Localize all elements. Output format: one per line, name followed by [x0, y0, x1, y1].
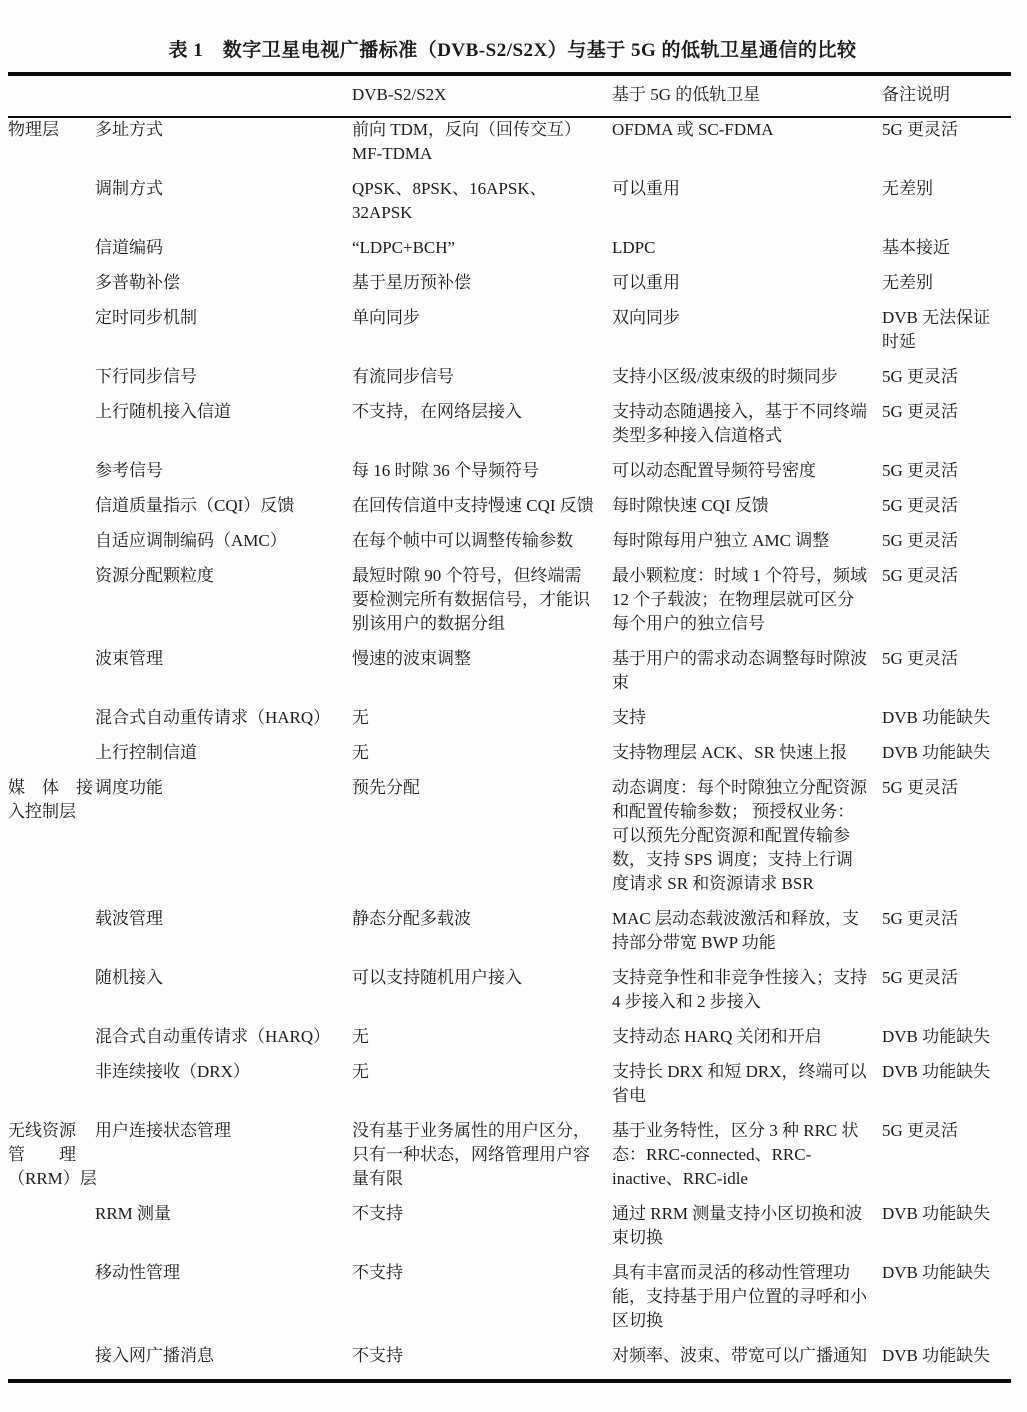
column-header-5g-leo: 基于 5G 的低轨卫星: [612, 83, 882, 107]
table-row: 载波管理静态分配多载波MAC 层动态载波激活和释放，支持部分带宽 BWP 功能5…: [8, 907, 1011, 966]
note-cell: DVB 无法保证时延: [882, 306, 1011, 354]
note-cell: 5G 更灵活: [882, 564, 1011, 588]
feature-cell: 信道编码: [95, 236, 352, 260]
note-cell: 5G 更灵活: [882, 776, 1011, 800]
feature-cell: 波束管理: [95, 647, 352, 671]
dvb-cell: 预先分配: [352, 776, 612, 800]
note-cell: 5G 更灵活: [882, 400, 1011, 424]
note-cell: 基本接近: [882, 236, 1011, 260]
leo5g-cell: 每时隙快速 CQI 反馈: [612, 494, 882, 518]
note-cell: 5G 更灵活: [882, 494, 1011, 518]
leo5g-cell: 支持: [612, 706, 882, 730]
leo5g-cell: 支持小区级/波束级的时频同步: [612, 365, 882, 389]
document-page: 表 1 数字卫星电视广播标准（DVB-S2/S2X）与基于 5G 的低轨卫星通信…: [0, 0, 1027, 1412]
dvb-cell: 最短时隙 90 个符号，但终端需要检测完所有数据信号，才能识别该用户的数据分组: [352, 564, 612, 636]
feature-cell: 上行随机接入信道: [95, 400, 352, 424]
leo5g-cell: OFDMA 或 SC-FDMA: [612, 118, 882, 142]
feature-cell: 混合式自动重传请求（HARQ）: [95, 706, 352, 730]
layer-label-line: 媒 体 接: [8, 776, 93, 800]
dvb-cell: 无: [352, 1025, 612, 1049]
leo5g-cell: 每时隙每用户独立 AMC 调整: [612, 529, 882, 553]
feature-cell: 混合式自动重传请求（HARQ）: [95, 1025, 352, 1049]
layer-label-line: 物理层: [8, 118, 93, 142]
note-cell: DVB 功能缺失: [882, 1344, 1011, 1368]
dvb-cell: 每 16 时隙 36 个导频符号: [352, 459, 612, 483]
feature-cell: 多址方式: [95, 118, 352, 142]
leo5g-cell: 支持动态 HARQ 关闭和开启: [612, 1025, 882, 1049]
table-row: 媒 体 接入控制层调度功能预先分配动态调度：每个时隙独立分配资源和配置传输参数；…: [8, 776, 1011, 907]
leo5g-cell: 可以重用: [612, 271, 882, 295]
table-row: 上行控制信道无支持物理层 ACK、SR 快速上报DVB 功能缺失: [8, 741, 1011, 776]
table-row: 信道编码“LDPC+BCH”LDPC基本接近: [8, 236, 1011, 271]
note-cell: 5G 更灵活: [882, 647, 1011, 671]
leo5g-cell: 最小颗粒度：时域 1 个符号，频域 12 个子载波；在物理层就可区分每个用户的独…: [612, 564, 882, 636]
leo5g-cell: 对频率、波束、带宽可以广播通知: [612, 1344, 882, 1368]
note-cell: 无差别: [882, 271, 1011, 295]
feature-cell: 随机接入: [95, 966, 352, 990]
dvb-cell: 在每个帧中可以调整传输参数: [352, 529, 612, 553]
leo5g-cell: 可以动态配置导频符号密度: [612, 459, 882, 483]
leo5g-cell: 双向同步: [612, 306, 882, 330]
note-cell: DVB 功能缺失: [882, 741, 1011, 765]
feature-cell: 资源分配颗粒度: [95, 564, 352, 588]
note-cell: 5G 更灵活: [882, 907, 1011, 931]
dvb-cell: 不支持，在网络层接入: [352, 400, 612, 424]
leo5g-cell: 支持长 DRX 和短 DRX，终端可以省电: [612, 1060, 882, 1108]
layer-cell: 媒 体 接入控制层: [8, 776, 95, 824]
table-row: 调制方式QPSK、8PSK、16APSK、32APSK可以重用无差别: [8, 177, 1011, 236]
feature-cell: 调制方式: [95, 177, 352, 201]
table-row: 信道质量指示（CQI）反馈在回传信道中支持慢速 CQI 反馈每时隙快速 CQI …: [8, 494, 1011, 529]
feature-cell: 参考信号: [95, 459, 352, 483]
feature-cell: 用户连接状态管理: [95, 1119, 352, 1143]
column-header-notes: 备注说明: [882, 83, 1011, 107]
layer-label-line: 入控制层: [8, 800, 93, 824]
table-row: 接入网广播消息不支持对频率、波束、带宽可以广播通知DVB 功能缺失: [8, 1344, 1011, 1379]
bottom-rule: [8, 1379, 1011, 1383]
table-row: 混合式自动重传请求（HARQ）无支持DVB 功能缺失: [8, 706, 1011, 741]
table-row: 物理层多址方式前向 TDM，反向（回传交互）MF-TDMAOFDMA 或 SC-…: [8, 118, 1011, 177]
leo5g-cell: 通过 RRM 测量支持小区切换和波束切换: [612, 1202, 882, 1250]
feature-cell: 非连续接收（DRX）: [95, 1060, 352, 1084]
dvb-cell: 无: [352, 706, 612, 730]
feature-cell: 定时同步机制: [95, 306, 352, 330]
table-row: 定时同步机制单向同步双向同步DVB 无法保证时延: [8, 306, 1011, 365]
dvb-cell: 前向 TDM，反向（回传交互）MF-TDMA: [352, 118, 612, 166]
dvb-cell: 静态分配多载波: [352, 907, 612, 931]
dvb-cell: 可以支持随机用户接入: [352, 966, 612, 990]
dvb-cell: QPSK、8PSK、16APSK、32APSK: [352, 177, 612, 225]
leo5g-cell: 支持物理层 ACK、SR 快速上报: [612, 741, 882, 765]
note-cell: 5G 更灵活: [882, 118, 1011, 142]
dvb-cell: “LDPC+BCH”: [352, 236, 612, 260]
layer-label-line: 无线资源: [8, 1119, 93, 1143]
dvb-cell: 无: [352, 741, 612, 765]
layer-cell: 无线资源管 理（RRM）层: [8, 1119, 95, 1191]
table-row: 波束管理慢速的波束调整基于用户的需求动态调整每时隙波束5G 更灵活: [8, 647, 1011, 706]
note-cell: 无差别: [882, 177, 1011, 201]
feature-cell: 下行同步信号: [95, 365, 352, 389]
dvb-cell: 基于星历预补偿: [352, 271, 612, 295]
table-row: 多普勒补偿基于星历预补偿可以重用无差别: [8, 271, 1011, 306]
note-cell: 5G 更灵活: [882, 529, 1011, 553]
dvb-cell: 慢速的波束调整: [352, 647, 612, 671]
table-body: 物理层多址方式前向 TDM，反向（回传交互）MF-TDMAOFDMA 或 SC-…: [8, 118, 1011, 1379]
leo5g-cell: MAC 层动态载波激活和释放，支持部分带宽 BWP 功能: [612, 907, 882, 955]
leo5g-cell: 可以重用: [612, 177, 882, 201]
note-cell: DVB 功能缺失: [882, 1025, 1011, 1049]
feature-cell: 移动性管理: [95, 1261, 352, 1285]
note-cell: 5G 更灵活: [882, 459, 1011, 483]
leo5g-cell: 基于用户的需求动态调整每时隙波束: [612, 647, 882, 695]
table-row: 资源分配颗粒度最短时隙 90 个符号，但终端需要检测完所有数据信号，才能识别该用…: [8, 564, 1011, 647]
leo5g-cell: 支持动态随遇接入，基于不同终端类型多种接入信道格式: [612, 400, 882, 448]
feature-cell: 接入网广播消息: [95, 1344, 352, 1368]
feature-cell: 上行控制信道: [95, 741, 352, 765]
dvb-cell: 不支持: [352, 1202, 612, 1226]
note-cell: DVB 功能缺失: [882, 1060, 1011, 1084]
note-cell: DVB 功能缺失: [882, 1261, 1011, 1285]
feature-cell: 自适应调制编码（AMC）: [95, 529, 352, 553]
table-row: 自适应调制编码（AMC）在每个帧中可以调整传输参数每时隙每用户独立 AMC 调整…: [8, 529, 1011, 564]
leo5g-cell: 动态调度：每个时隙独立分配资源和配置传输参数； 预授权业务：可以预先分配资源和配…: [612, 776, 882, 896]
leo5g-cell: 基于业务特性，区分 3 种 RRC 状态：RRC-connected、RRC-i…: [612, 1119, 882, 1191]
table-header-row: DVB-S2/S2X 基于 5G 的低轨卫星 备注说明: [8, 76, 1011, 116]
note-cell: DVB 功能缺失: [882, 706, 1011, 730]
note-cell: DVB 功能缺失: [882, 1202, 1011, 1226]
leo5g-cell: 支持竞争性和非竞争性接入；支持 4 步接入和 2 步接入: [612, 966, 882, 1014]
dvb-cell: 在回传信道中支持慢速 CQI 反馈: [352, 494, 612, 518]
table-row: RRM 测量不支持通过 RRM 测量支持小区切换和波束切换DVB 功能缺失: [8, 1202, 1011, 1261]
layer-cell: 物理层: [8, 118, 95, 142]
leo5g-cell: 具有丰富而灵活的移动性管理功能，支持基于用户位置的寻呼和小区切换: [612, 1261, 882, 1333]
dvb-cell: 没有基于业务属性的用户区分，只有一种状态，网络管理用户容量有限: [352, 1119, 612, 1191]
table-row: 混合式自动重传请求（HARQ）无支持动态 HARQ 关闭和开启DVB 功能缺失: [8, 1025, 1011, 1060]
column-header-dvb: DVB-S2/S2X: [352, 83, 612, 107]
layer-label-line: 管 理: [8, 1143, 93, 1167]
feature-cell: 载波管理: [95, 907, 352, 931]
note-cell: 5G 更灵活: [882, 365, 1011, 389]
layer-label-line: （RRM）层: [8, 1167, 93, 1191]
table-row: 上行随机接入信道不支持，在网络层接入支持动态随遇接入，基于不同终端类型多种接入信…: [8, 400, 1011, 459]
table-row: 参考信号每 16 时隙 36 个导频符号可以动态配置导频符号密度5G 更灵活: [8, 459, 1011, 494]
note-cell: 5G 更灵活: [882, 1119, 1011, 1143]
note-cell: 5G 更灵活: [882, 966, 1011, 990]
dvb-cell: 不支持: [352, 1344, 612, 1368]
feature-cell: 多普勒补偿: [95, 271, 352, 295]
feature-cell: 信道质量指示（CQI）反馈: [95, 494, 352, 518]
leo5g-cell: LDPC: [612, 236, 882, 260]
feature-cell: 调度功能: [95, 776, 352, 800]
dvb-cell: 单向同步: [352, 306, 612, 330]
dvb-cell: 无: [352, 1060, 612, 1084]
dvb-cell: 不支持: [352, 1261, 612, 1285]
table-row: 移动性管理不支持具有丰富而灵活的移动性管理功能，支持基于用户位置的寻呼和小区切换…: [8, 1261, 1011, 1344]
table-row: 随机接入可以支持随机用户接入支持竞争性和非竞争性接入；支持 4 步接入和 2 步…: [8, 966, 1011, 1025]
table-row: 下行同步信号有流同步信号支持小区级/波束级的时频同步5G 更灵活: [8, 365, 1011, 400]
dvb-cell: 有流同步信号: [352, 365, 612, 389]
table-row: 无线资源管 理（RRM）层用户连接状态管理没有基于业务属性的用户区分，只有一种状…: [8, 1119, 1011, 1202]
feature-cell: RRM 测量: [95, 1202, 352, 1226]
table-caption: 表 1 数字卫星电视广播标准（DVB-S2/S2X）与基于 5G 的低轨卫星通信…: [8, 38, 1017, 64]
comparison-table: DVB-S2/S2X 基于 5G 的低轨卫星 备注说明 物理层多址方式前向 TD…: [8, 72, 1011, 1383]
table-row: 非连续接收（DRX）无支持长 DRX 和短 DRX，终端可以省电DVB 功能缺失: [8, 1060, 1011, 1119]
